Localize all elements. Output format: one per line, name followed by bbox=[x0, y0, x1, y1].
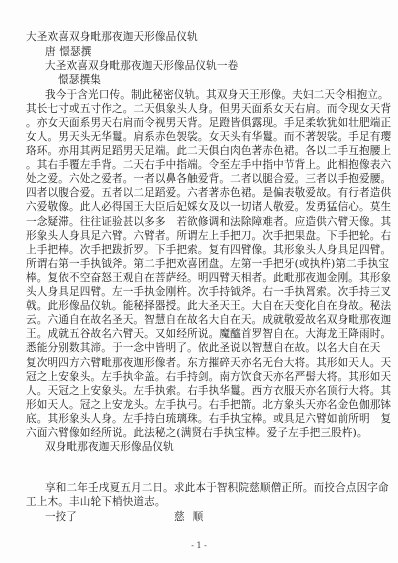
body-line: 珞环。亦用其两足蹈男天足端。此二天俱白肉色著赤色裙。各以二手互抱腰上 bbox=[26, 144, 391, 158]
body-line: 上手把棒。次手把跋折罗。下手把索。复有四臂像。其形象头人身具足四臂。 bbox=[26, 243, 391, 257]
body-line: 戟。此形像品仪轨。能秘择器授。此大圣天王。大自在天变化自在身故。秘法 bbox=[26, 299, 391, 313]
body-line: 其长七寸或五寸作之。二天俱象头人身。但男天面系女天右肩。而令现女天背 bbox=[26, 102, 391, 116]
body-line: 人。天冠之上安象头。左手执索。右手执华鬘。西方衣服天亦名顶行大将。其 bbox=[26, 384, 391, 398]
body-line: 棒。复依不空奋怒王观自在菩萨经。明四臂天相者。此毗那夜迦金刚。其形象 bbox=[26, 271, 391, 285]
body-line: 所谓右第一手执钺斧。第二手把欢喜团盘。左第一手把牙(或执杵)第二手执宝 bbox=[26, 257, 389, 271]
body-line: 王。成就五谷故名六臂天。又如经所说。魔醯首罗智自在。大海龙王降雨时。 bbox=[26, 327, 391, 341]
colophon-title: 双身毗那夜迦天形像品仪轨 bbox=[45, 440, 174, 454]
body-line: 一念疑滞。往往证验甚以多多 若欲修调和法除障难者。应造供六臂天像。其 bbox=[26, 215, 391, 229]
body-line: 六爱敬像。此人必得国王大臣后妃婇女及以一切诸人敬爱。发勇猛信心。莫生 bbox=[26, 200, 391, 214]
body-line: 女人。男天头无华鬘。肩系赤色袈裟。女天头有华鬘。而不著袈裟。手足有璎 bbox=[26, 130, 391, 144]
document-title: 大圣欢喜双身毗那夜迦天形像品仪轨 bbox=[26, 30, 198, 44]
signature-collation: 一挍了 bbox=[45, 510, 77, 524]
body-line: 悉能分别数其渧。于一念中皆明了。依此圣说以智慧自在故。以名大自在天 bbox=[26, 341, 381, 355]
colophon-line: 享和二年壬戌夏五月二日。求此本于智积院慈顺僧正所。而挍合点因字命 bbox=[45, 481, 389, 495]
body-line: 。其右手覆左手背。二天右手中指端。令至左手中指中节背上。此相抱像表六 bbox=[26, 158, 391, 172]
compiler-line: 憬瑟撰集 bbox=[58, 73, 101, 87]
body-line: 形象头人身具足六臂。六臂者。所谓左上手把刀。次手把果盘。下手把轮。右 bbox=[26, 229, 391, 243]
body-line: 。亦女天面系男天右肩而令视男天背。足蹬皆俱露现。手足柔软犹如壮肥端正 bbox=[26, 116, 391, 130]
body-line: 四者以腹合爱。五者以二足蹈爱。六者著赤色裙。是偏表敬爱故。有行者造供 bbox=[26, 186, 391, 200]
body-line: 云。六通自在故名圣天。智慧自在故名大自在天。成就敬爱故名双身毗那夜迦 bbox=[26, 313, 391, 327]
body-line: 处之爱。六处之爱者。一者以鼻各触爱背。二者以腿合爱。三者以手抱爱腰。 bbox=[26, 172, 391, 186]
colophon-line: 工上木。丰山轮下梢快道志。 bbox=[26, 495, 166, 509]
body-line: 冠之上安象头。左手执伞盖。右手持剑。南方饮食天亦名严髻大将。其形如天 bbox=[26, 370, 391, 384]
body-line: 形如天人。冠之上安龙头。左手执弓。右手把箭。北方象头天亦名金色伽那钵 bbox=[26, 398, 391, 412]
page-number: - 1 - bbox=[0, 541, 398, 550]
author-line: 唐 憬瑟撰 bbox=[45, 45, 92, 59]
document-page: 大圣欢喜双身毗那夜迦天形像品仪轨 唐 憬瑟撰 大圣欢喜双身毗那夜迦天形像品仪轨一… bbox=[0, 0, 398, 563]
body-line: 我今于含光口传。制此秘密仪轨。其双身天王形像。夫妇二天令相抱立。 bbox=[45, 88, 365, 102]
document-subtitle: 大圣欢喜双身毗那夜迦天形像品仪轨一卷 bbox=[45, 59, 238, 73]
body-line: 底。其形象头人身。左手持白琉璃珠。右手执宝棒。或具足六臂如前所明 复 bbox=[26, 412, 391, 426]
signature-name: 慈顺 bbox=[174, 510, 211, 524]
body-line: 头人身具足四臂。左一手执金刚杵。次手持钺斧。右一手执罥索。次手持三叉 bbox=[26, 285, 391, 299]
body-line: 六面六臂像如经所说。此法秘之(满贤右手执宝棒。爱子左手把三股杵)。 bbox=[26, 426, 368, 440]
body-line: 复次明四方六臂毗那夜迦形像者。东方摧碎天亦名无台大将。其形如天人。天 bbox=[26, 356, 391, 370]
